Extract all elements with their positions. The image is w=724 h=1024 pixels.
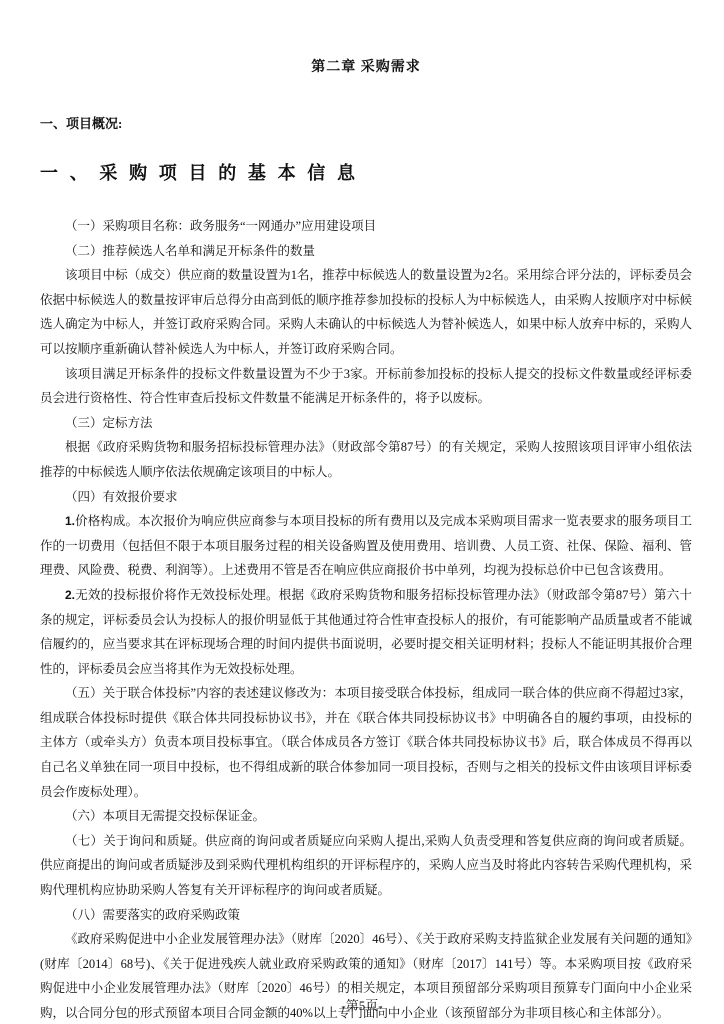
paragraph: 该项目满足开标条件的投标文件数量设置为不少于3家。开标前参加投标的投标人提交的投…	[40, 362, 692, 411]
paragraph: 1.价格构成。本次报价为响应供应商参与本项目投标的所有费用以及完成本采购项目需求…	[40, 509, 692, 583]
document-body: （一）采购项目名称：政务服务“一网通办”应用建设项目（二）推荐候选人名单和满足开…	[40, 214, 692, 1024]
paragraph: 2.无效的投标报价将作无效投标处理。根据《政府采购货物和服务招标投标管理办法》（…	[40, 583, 692, 681]
paragraph: 根据《政府采购货物和服务招标投标管理办法》（财政部令第87号）的有关规定，采购人…	[40, 435, 692, 484]
paragraph: （三）定标方法	[40, 411, 692, 436]
paragraph: （一）采购项目名称：政务服务“一网通办”应用建设项目	[40, 214, 692, 239]
paragraph: 该项目中标（成交）供应商的数量设置为1名，推荐中标候选人的数量设置为2名。采用综…	[40, 263, 692, 361]
item-number: 1.	[65, 514, 75, 528]
item-number: 2.	[65, 588, 75, 602]
section-label: 一、项目概况:	[40, 113, 692, 132]
main-heading: 一 、 采 购 项 目 的 基 本 信 息	[40, 159, 692, 185]
paragraph: （八）需要落实的政府采购政策	[40, 903, 692, 928]
paragraph: （二）推荐候选人名单和满足开标条件的数量	[40, 239, 692, 264]
paragraph: （五）关于联合体投标”内容的表述建议修改为：本项目接受联合体投标，组成同一联合体…	[40, 681, 692, 804]
paragraph: （六）本项目无需提交投标保证金。	[40, 804, 692, 829]
paragraph: （四）有效报价要求	[40, 485, 692, 510]
paragraph: （七）关于询问和质疑。供应商的询问或者质疑应向采购人提出,采购人负责受理和答复供…	[40, 829, 692, 903]
chapter-title: 第二章 采购需求	[40, 56, 692, 76]
page-number: -第5页-	[0, 995, 724, 1014]
document-page: 第二章 采购需求 一、项目概况: 一 、 采 购 项 目 的 基 本 信 息 （…	[0, 0, 724, 1024]
